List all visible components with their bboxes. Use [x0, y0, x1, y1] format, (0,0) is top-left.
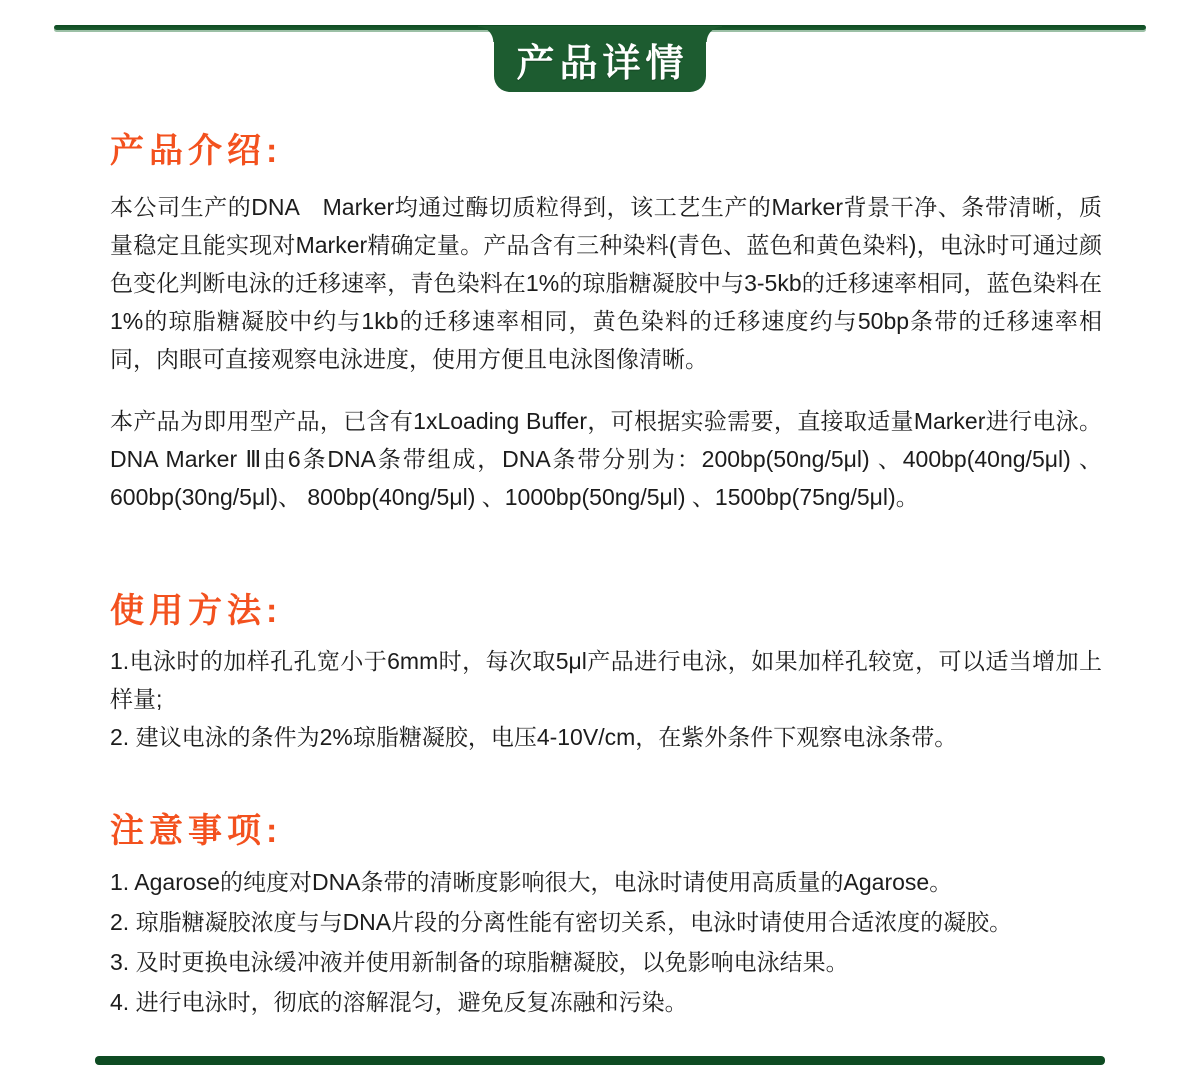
notes-item-4: 4. 进行电泳时，彻底的溶解混匀，避免反复冻融和污染。 — [110, 982, 1102, 1022]
section-heading-notes: 注意事项: — [110, 808, 1102, 854]
notes-item-2: 2. 琼脂糖凝胶浓度与与DNA片段的分离性能有密切关系，电泳时请使用合适浓度的凝… — [110, 902, 1102, 942]
notes-item-3: 3. 及时更换电泳缓冲液并使用新制备的琼脂糖凝胶，以免影响电泳结果。 — [110, 942, 1102, 982]
usage-item-1: 1.电泳时的加样孔孔宽小于6mm时，每次取5μl产品进行电泳，如果加样孔较宽，可… — [110, 642, 1102, 718]
intro-paragraph-1: 本公司生产的DNA Marker均通过酶切质粒得到，该工艺生产的Marker背景… — [110, 188, 1102, 378]
usage-item-2: 2. 建议电泳的条件为2%琼脂糖凝胶，电压4-10V/cm，在紫外条件下观察电泳… — [110, 718, 1102, 756]
section-heading-intro: 产品介绍: — [110, 128, 1102, 174]
usage-list: 1.电泳时的加样孔孔宽小于6mm时，每次取5μl产品进行电泳，如果加样孔较宽，可… — [110, 642, 1102, 756]
section-heading-usage: 使用方法: — [110, 588, 1102, 634]
intro-paragraph-2: 本产品为即用型产品，已含有1xLoading Buffer，可根据实验需要，直接… — [110, 402, 1102, 516]
notes-item-1: 1. Agarose的纯度对DNA条带的清晰度影响很大，电泳时请使用高质量的Ag… — [110, 862, 1102, 902]
product-detail-content: 产品介绍: 本公司生产的DNA Marker均通过酶切质粒得到，该工艺生产的Ma… — [110, 0, 1102, 1022]
footer-rule — [95, 1056, 1105, 1065]
notes-list: 1. Agarose的纯度对DNA条带的清晰度影响很大，电泳时请使用高质量的Ag… — [110, 862, 1102, 1022]
